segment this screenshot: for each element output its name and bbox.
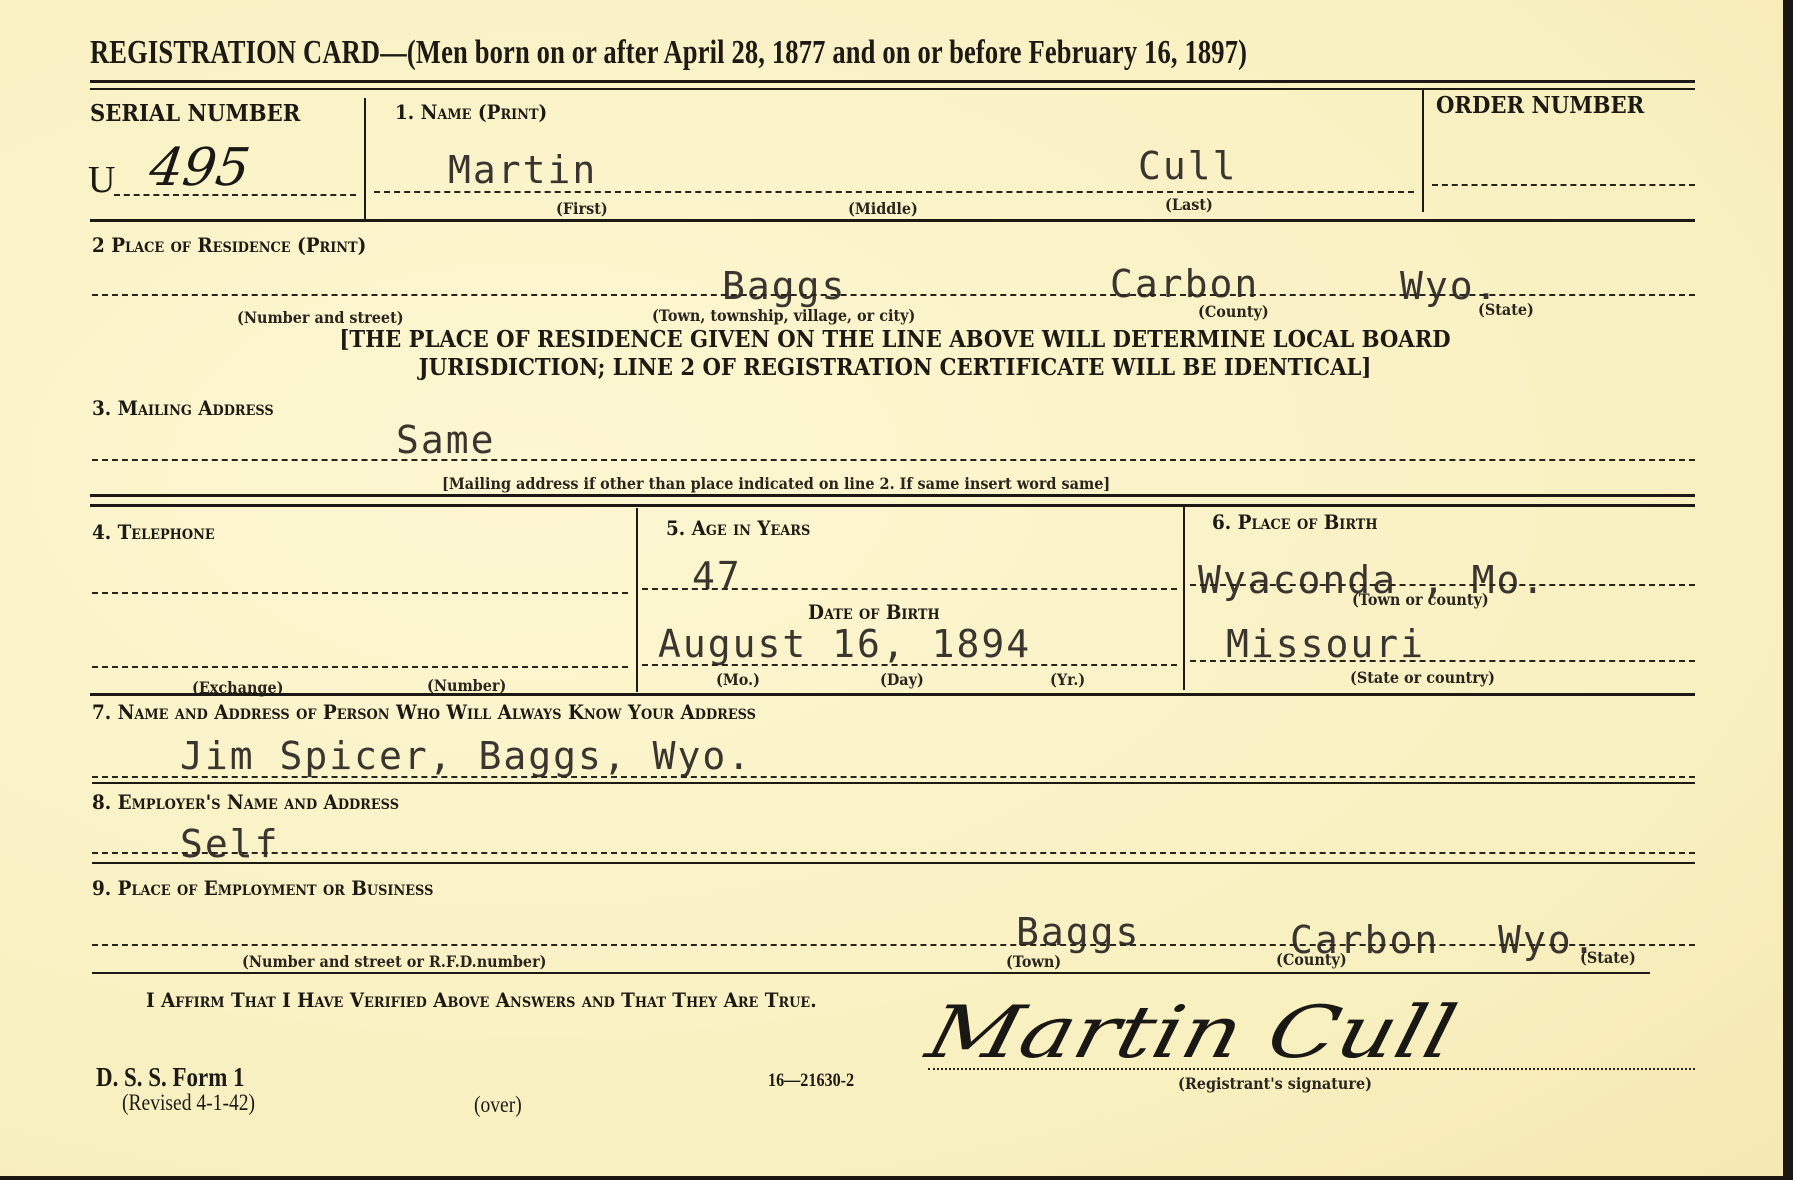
age-value: 47 — [692, 554, 742, 598]
birth-town-line — [1190, 584, 1695, 586]
residence-label: 2 Place of Residence (Print) — [92, 233, 366, 257]
employer-line — [92, 852, 1695, 854]
divider — [636, 508, 638, 692]
employer-label: 8. Employer's Name and Address — [92, 790, 399, 814]
divider — [92, 862, 1695, 864]
registration-card: REGISTRATION CARD—(Men born on or after … — [0, 0, 1791, 1176]
card-title: REGISTRATION CARD—(Men born on or after … — [90, 34, 1247, 72]
employment-street-caption: (Number and street or R.F.D.number) — [242, 952, 546, 971]
telephone-number-line — [92, 666, 628, 668]
signature-line — [928, 1068, 1695, 1070]
state-or-country-caption: (State or country) — [1350, 668, 1495, 687]
over-note: (over) — [474, 1092, 522, 1118]
divider — [90, 693, 1695, 696]
residence-line — [92, 294, 1695, 296]
county-caption: (County) — [1198, 302, 1269, 321]
employment-town-caption: (Town) — [1006, 952, 1061, 971]
middle-caption: (Middle) — [848, 199, 918, 218]
employment-state-caption: (State) — [1580, 948, 1636, 967]
state-caption: (State) — [1478, 300, 1534, 319]
divider — [90, 219, 1695, 222]
signature-caption: (Registrant's signature) — [1178, 1074, 1372, 1093]
place-of-employment-label: 9. Place of Employment or Business — [92, 876, 433, 900]
divider — [90, 504, 1695, 507]
day-caption: (Day) — [880, 670, 924, 689]
affirmation-text: I Affirm That I Have Verified Above Answ… — [146, 988, 817, 1012]
print-code: 16—21630-2 — [768, 1070, 854, 1092]
form-revised: (Revised 4-1-42) — [122, 1090, 255, 1116]
contact-person-line — [92, 776, 1695, 778]
age-label: 5. Age in Years — [666, 516, 810, 540]
divider — [1183, 506, 1185, 690]
jurisdiction-notice-line2: JURISDICTION; LINE 2 OF REGISTRATION CER… — [251, 354, 1539, 381]
age-line — [642, 588, 1177, 590]
divider — [1422, 90, 1424, 212]
date-of-birth-label: Date of Birth — [808, 600, 940, 624]
serial-prefix: U — [88, 158, 115, 202]
telephone-label: 4. Telephone — [92, 520, 215, 544]
last-name-value: Cull — [1138, 144, 1238, 188]
last-caption: (Last) — [1165, 195, 1213, 214]
residence-county-value: Carbon — [1110, 262, 1259, 306]
serial-number-value: 495 — [146, 138, 254, 198]
employment-town-value: Baggs — [1016, 910, 1140, 954]
residence-town-value: Baggs — [722, 264, 846, 308]
employment-line — [92, 944, 1695, 946]
telephone-exchange-line — [92, 592, 628, 594]
street-caption: (Number and street) — [237, 308, 404, 327]
date-of-birth-line — [642, 664, 1177, 666]
town-caption: (Town, township, village, or city) — [652, 306, 915, 325]
contact-person-label: 7. Name and Address of Person Who Will A… — [92, 700, 756, 724]
order-number-line — [1432, 184, 1695, 186]
divider — [90, 88, 1695, 90]
divider — [364, 98, 366, 220]
divider — [90, 80, 1695, 83]
employer-value: Self — [180, 822, 280, 866]
town-or-county-caption: (Town or county) — [1352, 590, 1489, 609]
mailing-address-line — [92, 459, 1695, 461]
divider — [90, 494, 1695, 497]
form-name: D. S. S. Form 1 — [96, 1062, 245, 1093]
contact-person-value: Jim Spicer, Baggs, Wyo. — [180, 734, 752, 778]
order-number-label: ORDER NUMBER — [1436, 92, 1644, 119]
place-of-birth-label: 6. Place of Birth — [1212, 510, 1378, 534]
date-of-birth-value: August 16, 1894 — [658, 622, 1031, 666]
divider — [92, 782, 1695, 784]
serial-number-label: SERIAL NUMBER — [90, 100, 300, 127]
first-name-value: Martin — [448, 148, 597, 192]
registrant-signature: Martin Cull — [919, 990, 1465, 1074]
year-caption: (Yr.) — [1050, 670, 1085, 689]
name-label: 1. Name (Print) — [395, 100, 547, 124]
name-line — [374, 191, 1414, 193]
month-caption: (Mo.) — [716, 670, 760, 689]
jurisdiction-notice-line1: [THE PLACE OF RESIDENCE GIVEN ON THE LIN… — [251, 326, 1539, 353]
mailing-address-caption: [Mailing address if other than place ind… — [442, 474, 1110, 493]
first-caption: (First) — [556, 199, 608, 218]
birth-state-line — [1190, 660, 1695, 662]
mailing-address-label: 3. Mailing Address — [92, 396, 274, 420]
employment-county-caption: (County) — [1276, 950, 1347, 969]
divider — [92, 972, 1650, 974]
serial-number-line — [114, 194, 356, 196]
mailing-address-value: Same — [396, 418, 496, 462]
